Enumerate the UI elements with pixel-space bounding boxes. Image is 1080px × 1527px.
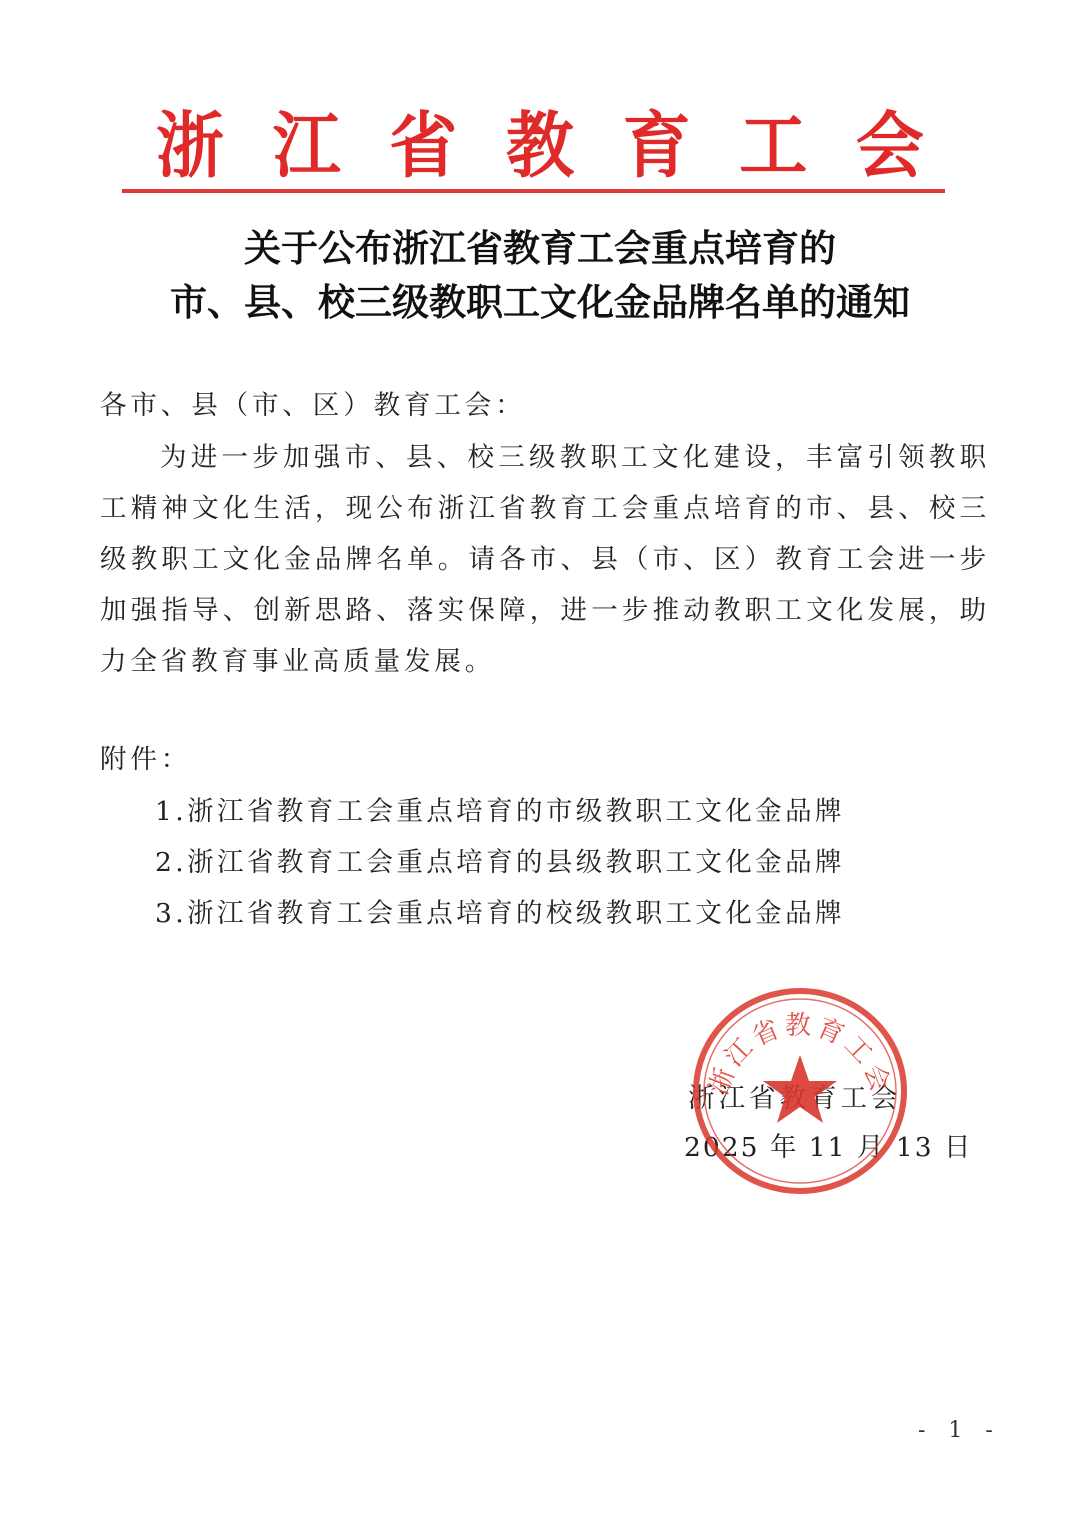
title-line-2: 市、县、校三级教职工文化金品牌名单的通知 xyxy=(0,276,1080,330)
attachment-item: 2.浙江省教育工会重点培育的县级教职工文化金品牌 xyxy=(155,837,845,888)
attachment-item: 3.浙江省教育工会重点培育的校级教职工文化金品牌 xyxy=(155,888,845,939)
masthead-char: 江 xyxy=(267,89,347,191)
body-paragraph: 为进一步加强市、县、校三级教职工文化建设，丰富引领教职工精神文化生活，现公布浙江… xyxy=(100,432,990,687)
masthead-char: 工 xyxy=(733,89,813,191)
document-page: 浙 江 省 教 育 工 会 关于公布浙江省教育工会重点培育的 市、县、校三级教职… xyxy=(0,0,1080,1527)
masthead-char: 会 xyxy=(850,89,930,191)
salutation: 各市、县（市、区）教育工会： xyxy=(100,383,526,422)
masthead-char: 育 xyxy=(617,89,697,191)
attachment-item: 1.浙江省教育工会重点培育的市级教职工文化金品牌 xyxy=(155,786,845,837)
masthead-char: 浙 xyxy=(150,89,230,191)
official-seal-icon: 浙江省教育工会 xyxy=(690,985,910,1197)
red-divider xyxy=(122,189,945,193)
attachments-list: 1.浙江省教育工会重点培育的市级教职工文化金品牌 2.浙江省教育工会重点培育的县… xyxy=(155,786,845,939)
title-line-1: 关于公布浙江省教育工会重点培育的 xyxy=(0,222,1080,276)
issuer-masthead: 浙 江 省 教 育 工 会 xyxy=(150,100,930,180)
page-number: - 1 - xyxy=(918,1418,1001,1443)
attachments-label: 附件： xyxy=(100,737,191,776)
masthead-char: 省 xyxy=(383,89,463,191)
document-title: 关于公布浙江省教育工会重点培育的 市、县、校三级教职工文化金品牌名单的通知 xyxy=(0,222,1080,330)
masthead-char: 教 xyxy=(500,89,580,191)
